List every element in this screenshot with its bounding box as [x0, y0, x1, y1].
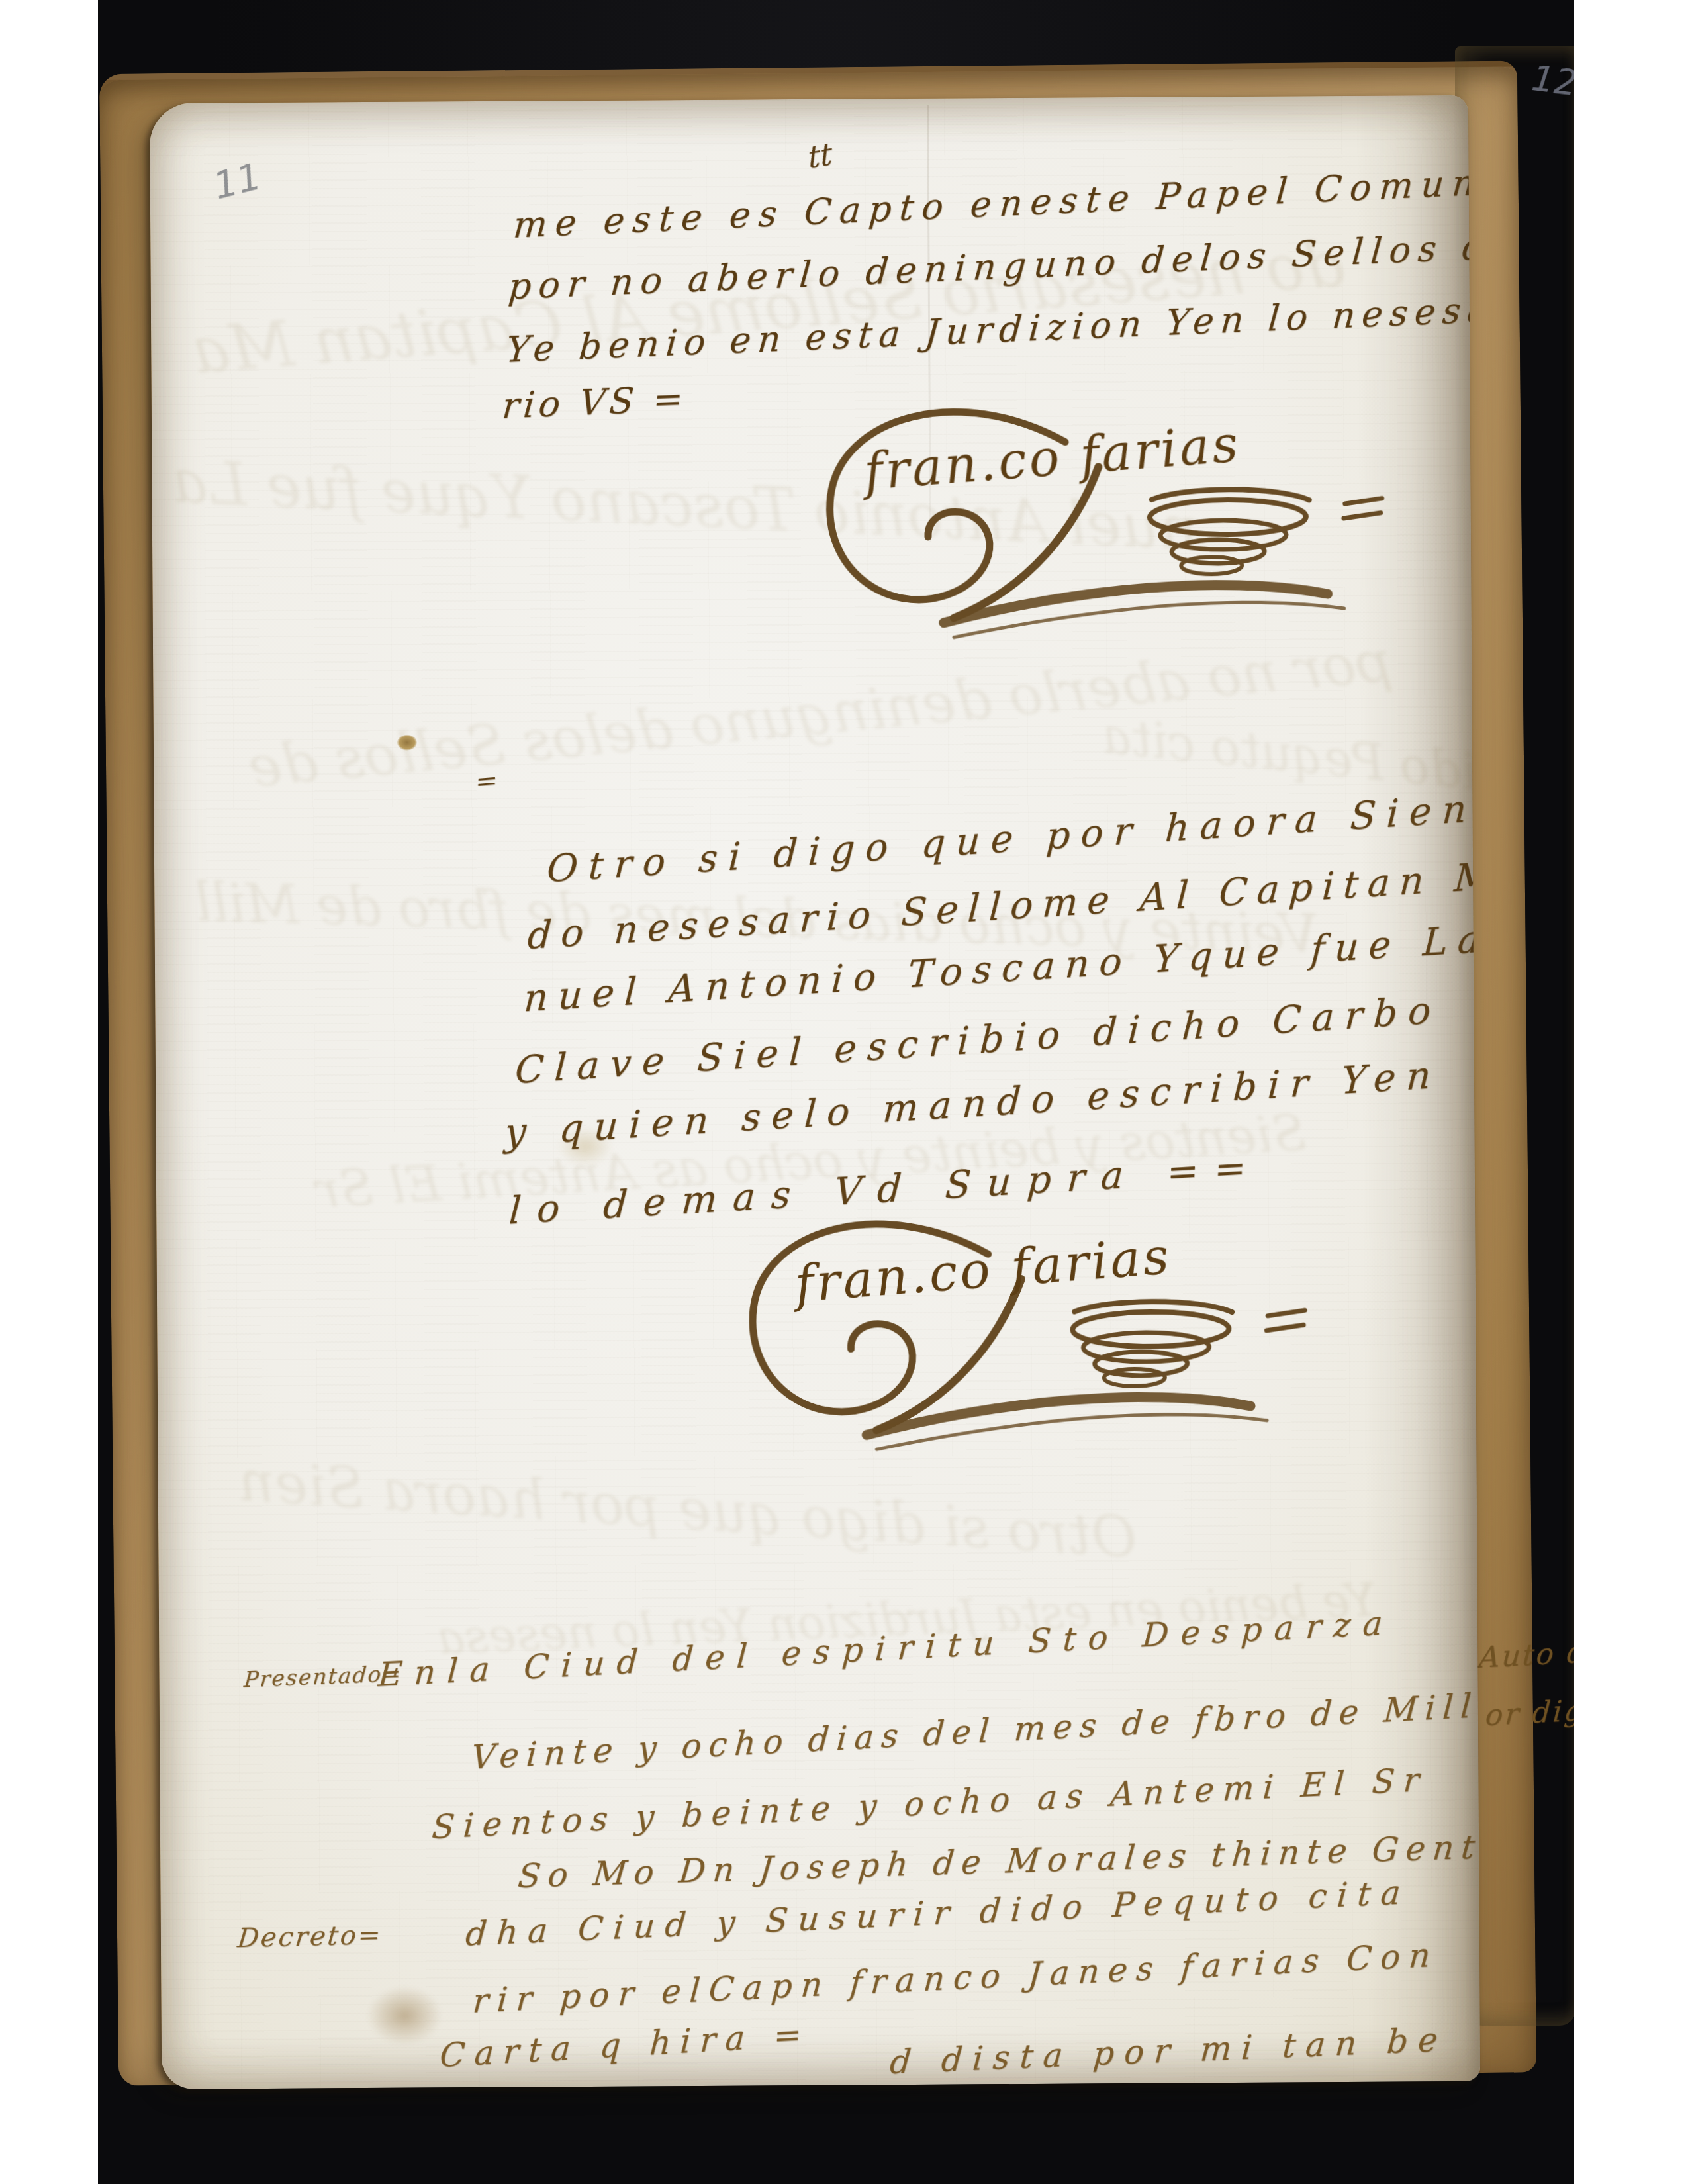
next-folio-text-fragment: or dig [1485, 1693, 1574, 1733]
folio-number-12-pencil: 12 [1529, 57, 1574, 104]
signature-name: fran.co farias [859, 414, 1243, 501]
folio-number-11-pencil: 11 [209, 154, 265, 208]
scan-black-background: 12 Auto di or dig do nesesario Sellome A… [98, 0, 1574, 2184]
superscript-abbreviation-mark: tt [805, 136, 835, 175]
manuscript-line: Enla Ciud del espiritu Sto Desparza [377, 1603, 1395, 1694]
continuation-mark: = [475, 765, 499, 797]
ink-spot-stain [397, 735, 417, 751]
margin-note-decreto: Decreto= [237, 1920, 383, 1954]
manuscript-page: do nesesario Sellome Al Capitan Ma nuel … [150, 95, 1480, 2089]
manuscript-scan: { "scan": { "description": "Handwritten … [0, 0, 1688, 2184]
brown-blotch-stain [366, 1985, 443, 2046]
manuscript-line: Carta q hira = [439, 2015, 812, 2075]
next-folio-text-fragment: Auto di [1478, 1635, 1574, 1674]
manuscript-line: Veinte y ocho dias del mes de fbro de Mi… [471, 1686, 1479, 1776]
signature-francisco-farias: fran.co farias [564, 1199, 1327, 1488]
manuscript-line-right-fragment: d dista por mi tan be [889, 2020, 1448, 2081]
signature-name: fran.co farias [790, 1226, 1174, 1313]
bottom-underline-flourish [439, 2076, 944, 2089]
signature-francisco-farias: fran.co farias [641, 387, 1405, 676]
manuscript-line: rir por elCapn franco Janes farias Con [472, 1936, 1440, 2020]
